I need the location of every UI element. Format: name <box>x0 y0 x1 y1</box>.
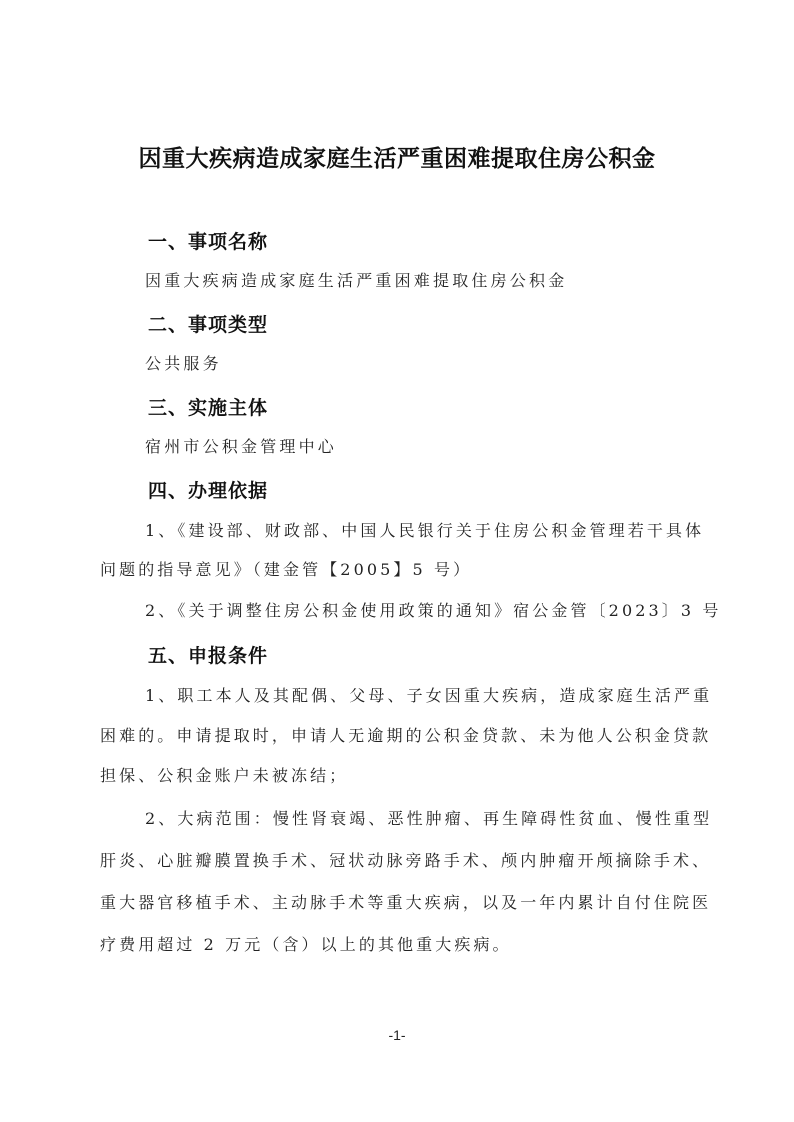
item-type-value: 公共服务 <box>145 351 222 374</box>
paragraph-line: 困难的。申请提取时，申请人无逾期的公积金贷款、未为他人公积金贷款 <box>100 723 711 746</box>
paragraph-line: 2、大病范围：慢性肾衰竭、恶性肿瘤、再生障碍性贫血、慢性重型 <box>145 806 712 829</box>
paragraph-line: 疗费用超过 2 万元（含）以上的其他重大疾病。 <box>100 932 512 955</box>
section-heading-implementing-body: 三、实施主体 <box>148 393 268 420</box>
paragraph-line: 担保、公积金账户未被冻结； <box>100 763 348 786</box>
implementing-body-value: 宿州市公积金管理中心 <box>145 434 337 457</box>
section-heading-item-name: 一、事项名称 <box>148 227 268 254</box>
section-heading-application-conditions: 五、申报条件 <box>148 641 268 668</box>
page-title: 因重大疾病造成家庭生活严重困难提取住房公积金 <box>0 140 794 173</box>
section-heading-legal-basis: 四、办理依据 <box>148 476 268 503</box>
paragraph-line: 1、职工本人及其配偶、父母、子女因重大疾病，造成家庭生活严重 <box>145 683 712 706</box>
paragraph-line: 问题的指导意见》（建金管【2005】5 号） <box>100 557 472 580</box>
item-name-value: 因重大疾病造成家庭生活严重困难提取住房公积金 <box>145 268 567 291</box>
paragraph-line: 肝炎、心脏瓣膜置换手术、冠状动脉旁路手术、颅内肿瘤开颅摘除手术、 <box>100 848 711 871</box>
section-heading-item-type: 二、事项类型 <box>148 310 268 337</box>
page-number: -1- <box>0 1027 794 1043</box>
paragraph-line: 2、《关于调整住房公积金使用政策的通知》宿公金管〔2023〕3 号 <box>145 598 721 621</box>
paragraph-line: 重大器官移植手术、主动脉手术等重大疾病，以及一年内累计自付住院医 <box>100 890 711 913</box>
paragraph-line: 1、《建设部、财政部、中国人民银行关于住房公积金管理若干具体 <box>145 518 704 541</box>
